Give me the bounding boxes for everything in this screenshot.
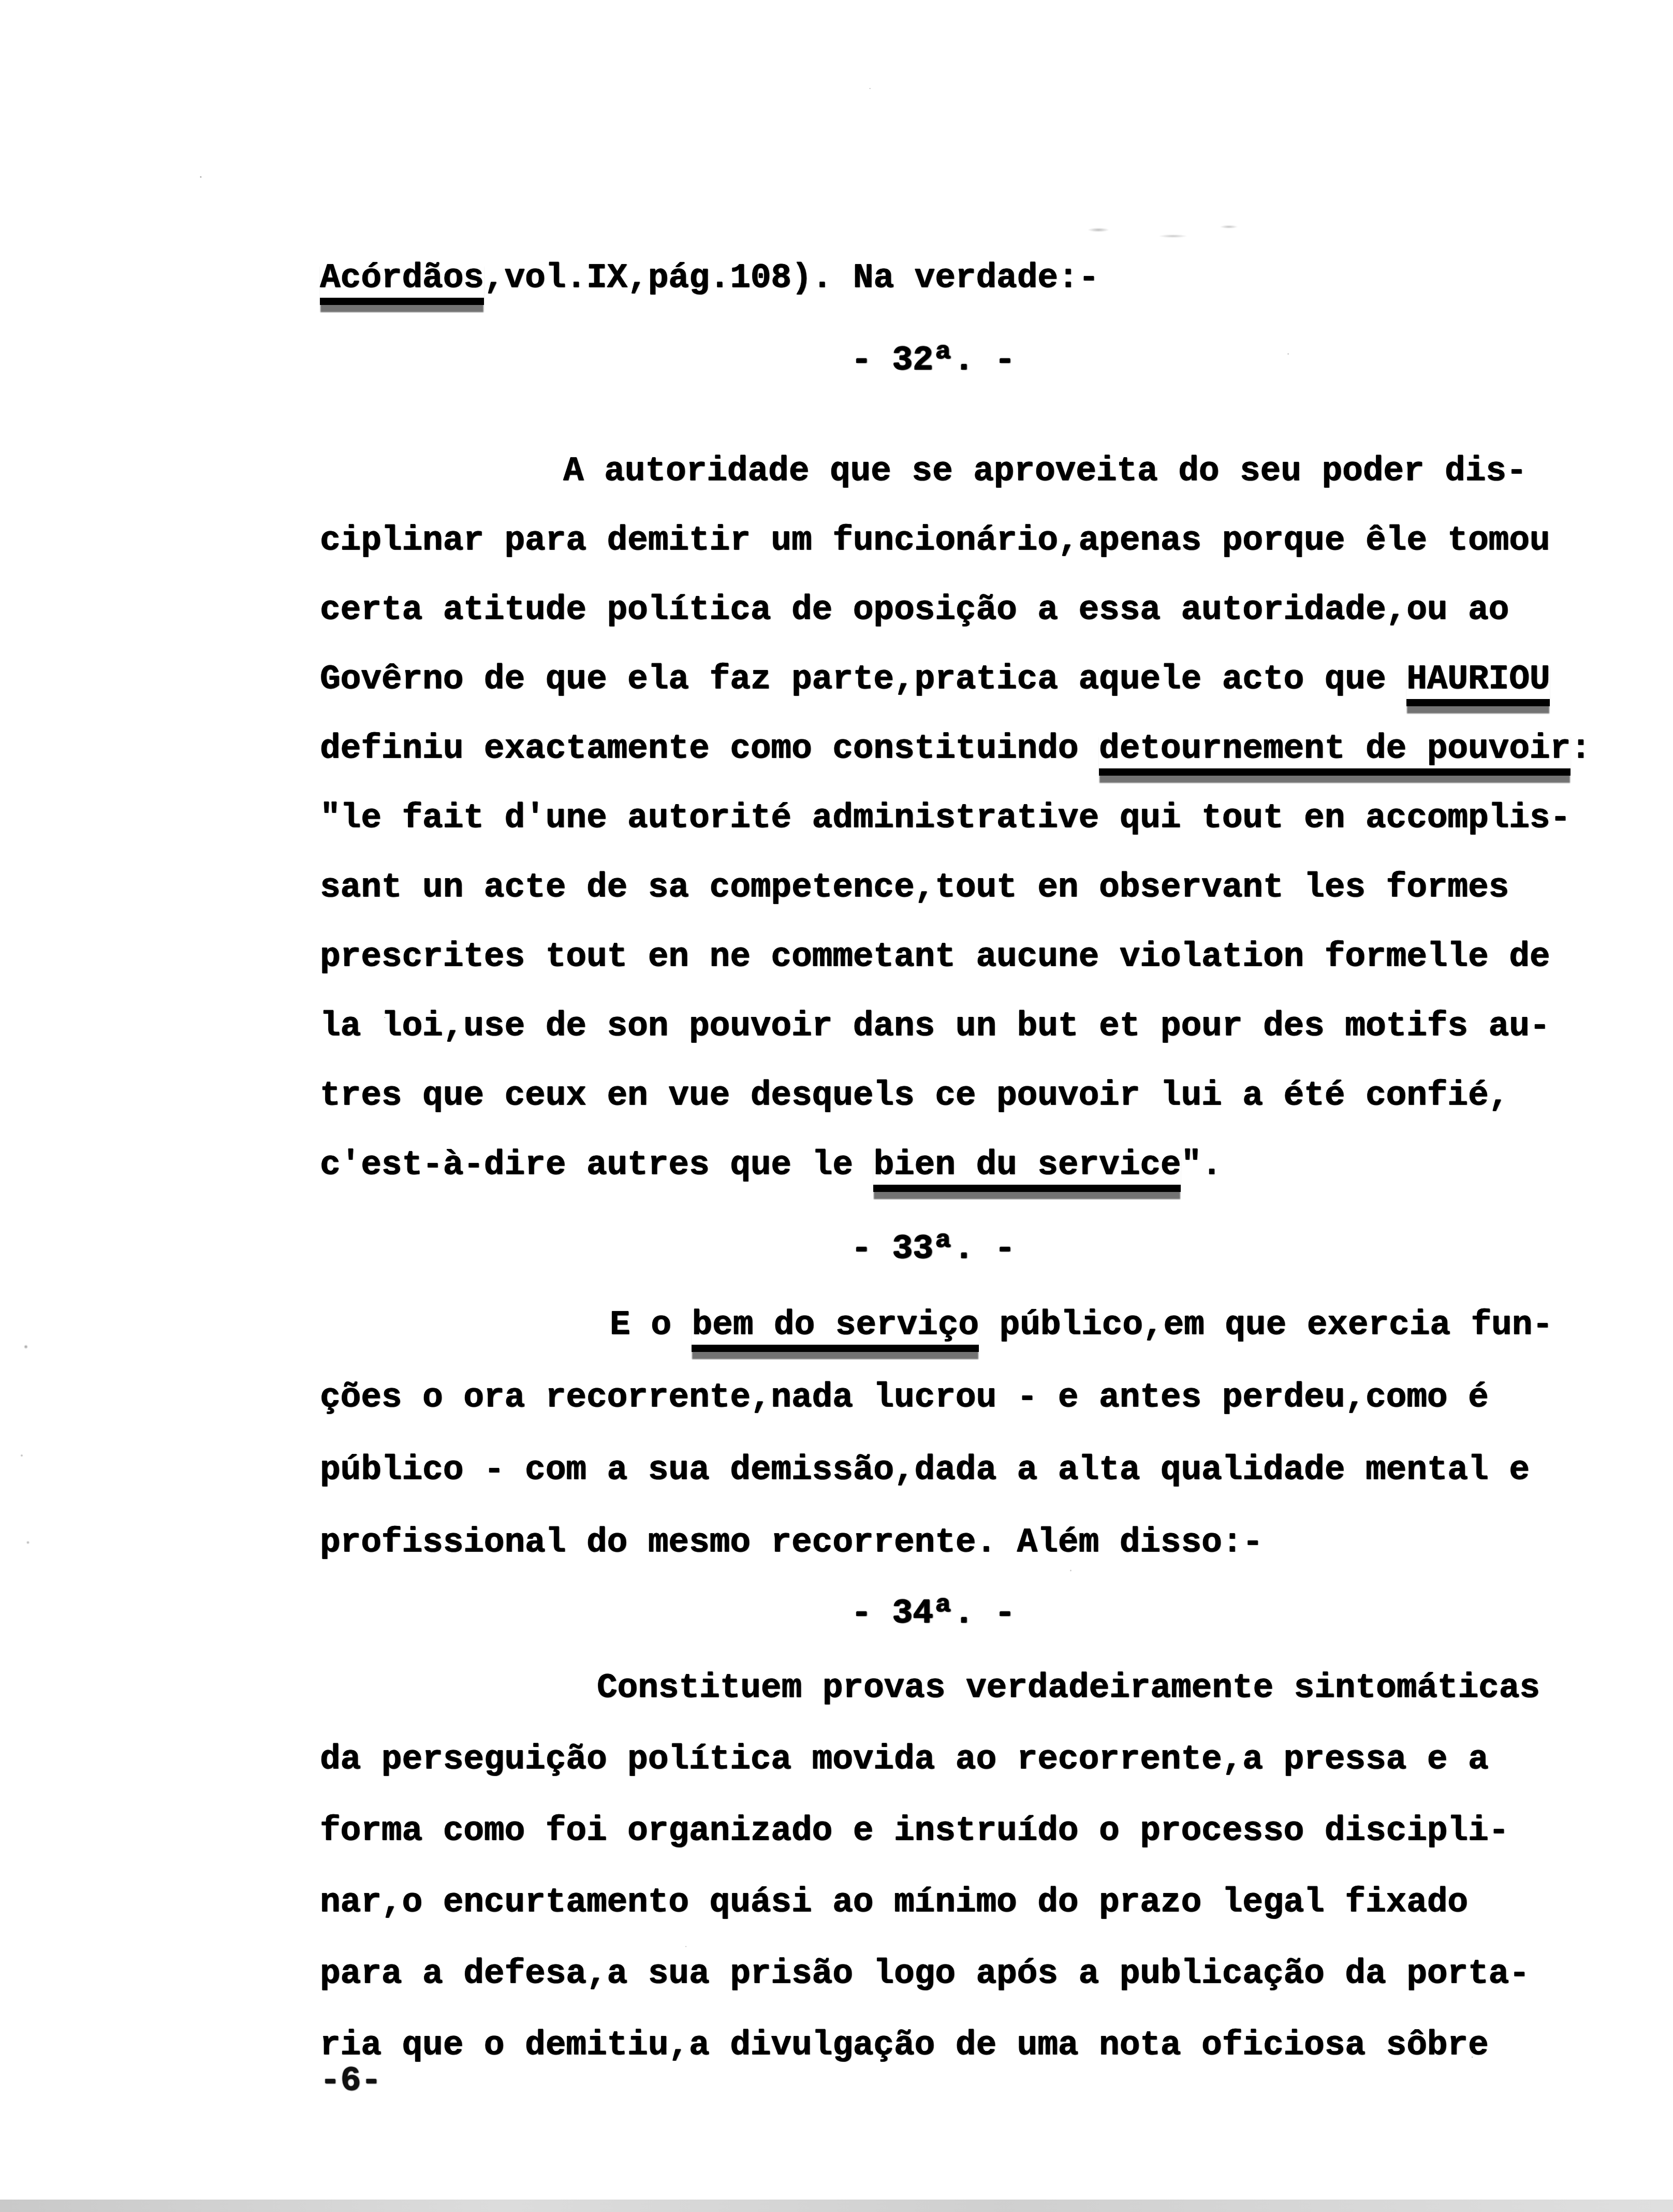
- text-segment: profissional do mesmo recorrente. Além d…: [320, 1523, 1263, 1562]
- text-line: da perseguição política movida ao recorr…: [320, 1724, 1619, 1795]
- text-line: Constituem provas verdadeiramente sintom…: [320, 1652, 1619, 1724]
- text-line: nar,o encurtamento quási ao mínimo do pr…: [320, 1867, 1619, 1938]
- text-line: forma como foi organizado e instruído o …: [320, 1795, 1619, 1867]
- text-segment: ciplinar para demitir um funcionário,ape…: [320, 521, 1550, 560]
- underlined-text: HAURIOU: [1406, 660, 1550, 706]
- section-body: Constituem provas verdadeiramente sintom…: [320, 1652, 1619, 2081]
- text-line: Govêrno de que ela faz parte,pratica aqu…: [320, 645, 1619, 714]
- text-segment: sant un acte de sa competence,tout en ob…: [320, 868, 1509, 907]
- text-segment: :: [1571, 729, 1591, 768]
- section-heading: - 32ª. -: [284, 326, 1583, 395]
- underlined-text: bem do serviço: [692, 1305, 979, 1352]
- text-line: ções o ora recorrente,nada lucrou - e an…: [320, 1361, 1619, 1434]
- text-segment: E o: [610, 1305, 692, 1344]
- text-line: público - com a sua demissão,dada a alta…: [320, 1434, 1619, 1506]
- text-line: E o bem do serviço público,em que exerci…: [320, 1289, 1619, 1361]
- text-segment: forma como foi organizado e instruído o …: [320, 1811, 1509, 1850]
- section-heading: - 33ª. -: [284, 1214, 1583, 1284]
- text-line: Acórdãos,vol.IX,pág.108). Na verdade:-: [320, 243, 1619, 313]
- text-segment: público - com a sua demissão,dada a alta…: [320, 1450, 1530, 1489]
- underlined-text: detournement de pouvoir: [1099, 729, 1571, 776]
- text-column: Acórdãos,vol.IX,pág.108). Na verdade:-- …: [320, 243, 1619, 2081]
- text-line: ria que o demitiu,a divulgação de uma no…: [320, 2010, 1619, 2081]
- text-segment: Govêrno de que ela faz parte,pratica aqu…: [320, 660, 1406, 698]
- scanned-document-page: Acórdãos,vol.IX,pág.108). Na verdade:-- …: [0, 0, 1673, 2212]
- text-line: la loi,use de son pouvoir dans un but et…: [320, 992, 1619, 1061]
- scan-artifact-bottom-edge: [0, 2200, 1673, 2212]
- text-line: definiu exactamente como constituindo de…: [320, 714, 1619, 783]
- text-segment: definiu exactamente como constituindo: [320, 729, 1099, 768]
- text-line: A autoridade que se aproveita do seu pod…: [320, 436, 1619, 506]
- text-line: "le fait d'une autorité administrative q…: [320, 783, 1619, 853]
- text-segment: c'est-à-dire autres que le: [320, 1145, 873, 1184]
- text-segment: "le fait d'une autorité administrative q…: [320, 798, 1571, 837]
- text-segment: A autoridade que se aproveita do seu pod…: [563, 452, 1527, 490]
- text-segment: certa atitude política de oposição a ess…: [320, 590, 1509, 629]
- text-line: tres que ceux en vue desquels ce pouvoir…: [320, 1061, 1619, 1130]
- underlined-text: Acórdãos: [320, 258, 484, 305]
- text-segment: tres que ceux en vue desquels ce pouvoir…: [320, 1076, 1509, 1115]
- scan-artifact-left-margin: [16, 1336, 36, 1553]
- underlined-text: bien du service: [873, 1145, 1181, 1192]
- section-body: E o bem do serviço público,em que exerci…: [320, 1289, 1619, 1579]
- text-line: prescrites tout en ne commetant aucune v…: [320, 922, 1619, 992]
- text-line: para a defesa,a sua prisão logo após a p…: [320, 1938, 1619, 2010]
- text-segment: ,vol.IX,pág.108). Na verdade:-: [484, 258, 1099, 297]
- text-segment: público,em que exercia fun-: [979, 1305, 1553, 1344]
- section-body: A autoridade que se aproveita do seu pod…: [320, 436, 1619, 1200]
- text-line: sant un acte de sa competence,tout en ob…: [320, 853, 1619, 922]
- text-segment: da perseguição política movida ao recorr…: [320, 1740, 1489, 1779]
- text-line: ciplinar para demitir um funcionário,ape…: [320, 506, 1619, 575]
- section-heading: - 34ª. -: [284, 1579, 1583, 1648]
- text-segment: prescrites tout en ne commetant aucune v…: [320, 937, 1550, 976]
- text-line: c'est-à-dire autres que le bien du servi…: [320, 1130, 1619, 1200]
- text-segment: nar,o encurtamento quási ao mínimo do pr…: [320, 1883, 1468, 1922]
- text-segment: la loi,use de son pouvoir dans un but et…: [320, 1007, 1550, 1045]
- text-line: certa atitude política de oposição a ess…: [320, 575, 1619, 645]
- text-segment: para a defesa,a sua prisão logo após a p…: [320, 1954, 1530, 1993]
- page-number: -6-: [320, 2046, 381, 2116]
- text-line: profissional do mesmo recorrente. Além d…: [320, 1506, 1619, 1579]
- text-segment: ".: [1181, 1145, 1222, 1184]
- text-segment: ções o ora recorrente,nada lucrou - e an…: [320, 1378, 1489, 1417]
- text-segment: ria que o demitiu,a divulgação de uma no…: [320, 2026, 1489, 2064]
- text-segment: Constituem provas verdadeiramente sintom…: [597, 1668, 1540, 1707]
